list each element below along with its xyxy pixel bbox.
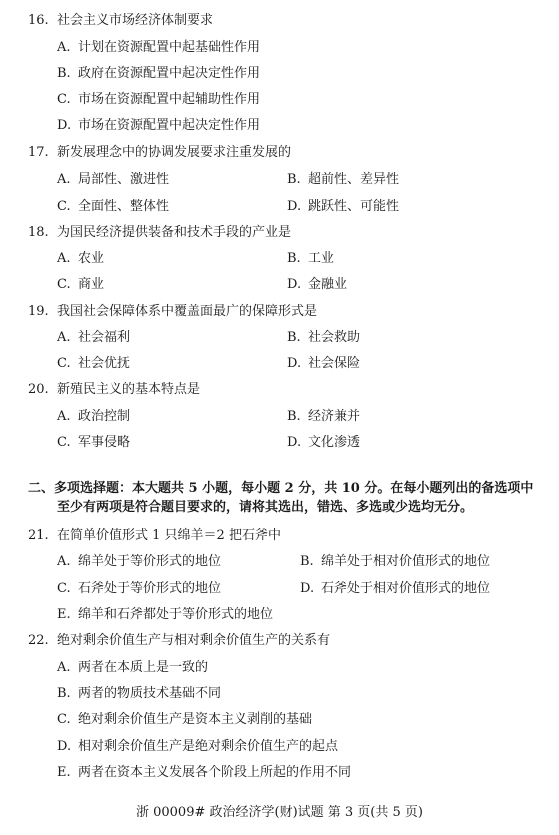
option-17-d: D.跳跃性、可能性 — [287, 199, 399, 215]
option-label: C. — [57, 92, 78, 108]
question-text: 新殖民主义的基本特点是 — [57, 382, 200, 397]
option-text: 农业 — [78, 251, 104, 266]
question-number: 16. — [28, 13, 57, 29]
section-2-heading-line-1: 二、多项选择题：本大题共 5 小题，每小题 2 分，共 10 分。在每小题列出的… — [28, 481, 533, 497]
question-text: 新发展理念中的协调发展要求注重发展的 — [57, 145, 291, 160]
question-number: 22. — [28, 633, 57, 649]
option-text: 金融业 — [308, 277, 347, 292]
option-label: E. — [57, 765, 78, 781]
option-17-b: B.超前性、差异性 — [287, 172, 399, 188]
option-20-d: D.文化渗透 — [287, 435, 360, 451]
question-20-stem: 20.新殖民主义的基本特点是 — [28, 382, 200, 398]
option-text: 石斧处于等价形式的地位 — [78, 581, 221, 596]
option-label: A. — [57, 409, 78, 425]
option-label: D. — [287, 277, 308, 293]
option-label: D. — [57, 739, 78, 755]
option-text: 绵羊处于相对价值形式的地位 — [321, 554, 490, 569]
option-label: B. — [57, 686, 78, 702]
option-20-b: B.经济兼并 — [287, 409, 360, 425]
page-footer: 浙 00009# 政治经济学(财)试题 第 3 页(共 5 页) — [0, 805, 559, 821]
option-16-b: B.政府在资源配置中起决定性作用 — [57, 66, 260, 82]
option-label: D. — [287, 356, 308, 372]
option-18-d: D.金融业 — [287, 277, 347, 293]
option-label: B. — [300, 554, 321, 570]
option-label: A. — [57, 660, 78, 676]
option-label: A. — [57, 330, 78, 346]
question-18-stem: 18.为国民经济提供装备和技术手段的产业是 — [28, 225, 291, 241]
option-text: 政府在资源配置中起决定性作用 — [78, 66, 260, 81]
option-20-c: C.军事侵略 — [57, 435, 130, 451]
option-label: C. — [57, 277, 78, 293]
option-label: A. — [57, 40, 78, 56]
option-text: 工业 — [308, 251, 334, 266]
option-label: D. — [287, 199, 308, 215]
question-text: 社会主义市场经济体制要求 — [57, 13, 213, 28]
option-21-e: E.绵羊和石斧都处于等价形式的地位 — [57, 607, 273, 623]
option-text: 计划在资源配置中起基础性作用 — [78, 40, 260, 55]
option-text: 两者在本质上是一致的 — [78, 660, 208, 675]
option-label: B. — [57, 66, 78, 82]
option-16-c: C.市场在资源配置中起辅助性作用 — [57, 92, 260, 108]
question-19-stem: 19.我国社会保障体系中覆盖面最广的保障形式是 — [28, 304, 317, 320]
question-17-stem: 17.新发展理念中的协调发展要求注重发展的 — [28, 145, 291, 161]
option-label: D. — [300, 581, 321, 597]
option-text: 全面性、整体性 — [78, 199, 169, 214]
option-text: 市场在资源配置中起决定性作用 — [78, 118, 260, 133]
option-label: B. — [287, 409, 308, 425]
option-text: 社会救助 — [308, 330, 360, 345]
question-16-stem: 16.社会主义市场经济体制要求 — [28, 13, 213, 29]
option-text: 石斧处于相对价值形式的地位 — [321, 581, 490, 596]
option-label: C. — [57, 199, 78, 215]
option-text: 两者的物质技术基础不同 — [78, 686, 221, 701]
option-text: 绝对剩余价值生产是资本主义剥削的基础 — [78, 712, 312, 727]
option-text: 商业 — [78, 277, 104, 292]
option-18-c: C.商业 — [57, 277, 104, 293]
option-label: A. — [57, 554, 78, 570]
option-text: 绵羊处于等价形式的地位 — [78, 554, 221, 569]
option-label: B. — [287, 251, 308, 267]
option-19-d: D.社会保险 — [287, 356, 360, 372]
option-22-b: B.两者的物质技术基础不同 — [57, 686, 221, 702]
option-22-c: C.绝对剩余价值生产是资本主义剥削的基础 — [57, 712, 312, 728]
question-text: 为国民经济提供装备和技术手段的产业是 — [57, 225, 291, 240]
option-text: 超前性、差异性 — [308, 172, 399, 187]
option-16-a: A.计划在资源配置中起基础性作用 — [57, 40, 260, 56]
option-22-d: D.相对剩余价值生产是绝对剩余价值生产的起点 — [57, 739, 338, 755]
option-text: 社会保险 — [308, 356, 360, 371]
option-19-a: A.社会福利 — [57, 330, 130, 346]
option-label: B. — [287, 172, 308, 188]
option-text: 政治控制 — [78, 409, 130, 424]
question-number: 18. — [28, 225, 57, 241]
option-20-a: A.政治控制 — [57, 409, 130, 425]
option-label: A. — [57, 251, 78, 267]
question-22-stem: 22.绝对剩余价值生产与相对剩余价值生产的关系有 — [28, 633, 330, 649]
option-text: 社会优抚 — [78, 356, 130, 371]
option-text: 市场在资源配置中起辅助性作用 — [78, 92, 260, 107]
option-18-b: B.工业 — [287, 251, 334, 267]
option-text: 文化渗透 — [308, 435, 360, 450]
option-21-c: C.石斧处于等价形式的地位 — [57, 581, 221, 597]
question-number: 17. — [28, 145, 57, 161]
option-label: D. — [287, 435, 308, 451]
option-label: C. — [57, 356, 78, 372]
question-21-stem: 21.在简单价值形式 1 只绵羊＝2 把石斧中 — [28, 528, 281, 544]
question-number: 21. — [28, 528, 57, 544]
option-21-d: D.石斧处于相对价值形式的地位 — [300, 581, 490, 597]
option-text: 局部性、激进性 — [78, 172, 169, 187]
section-2-heading-line-2: 至少有两项是符合题目要求的，请将其选出，错选、多选或少选均无分。 — [57, 500, 473, 516]
option-21-b: B.绵羊处于相对价值形式的地位 — [300, 554, 490, 570]
option-text: 军事侵略 — [78, 435, 130, 450]
option-text: 相对剩余价值生产是绝对剩余价值生产的起点 — [78, 739, 338, 754]
option-label: B. — [287, 330, 308, 346]
question-number: 20. — [28, 382, 57, 398]
option-21-a: A.绵羊处于等价形式的地位 — [57, 554, 221, 570]
option-text: 绵羊和石斧都处于等价形式的地位 — [78, 607, 273, 622]
option-label: E. — [57, 607, 78, 623]
option-text: 两者在资本主义发展各个阶段上所起的作用不同 — [78, 765, 351, 780]
option-17-a: A.局部性、激进性 — [57, 172, 169, 188]
option-text: 社会福利 — [78, 330, 130, 345]
option-19-b: B.社会救助 — [287, 330, 360, 346]
option-label: C. — [57, 712, 78, 728]
question-text: 我国社会保障体系中覆盖面最广的保障形式是 — [57, 304, 317, 319]
option-22-a: A.两者在本质上是一致的 — [57, 660, 208, 676]
option-16-d: D.市场在资源配置中起决定性作用 — [57, 118, 260, 134]
option-label: C. — [57, 435, 78, 451]
question-text: 绝对剩余价值生产与相对剩余价值生产的关系有 — [57, 633, 330, 648]
option-label: D. — [57, 118, 78, 134]
question-text: 在简单价值形式 1 只绵羊＝2 把石斧中 — [57, 528, 281, 543]
option-22-e: E.两者在资本主义发展各个阶段上所起的作用不同 — [57, 765, 351, 781]
option-label: A. — [57, 172, 78, 188]
option-text: 跳跃性、可能性 — [308, 199, 399, 214]
question-number: 19. — [28, 304, 57, 320]
option-18-a: A.农业 — [57, 251, 104, 267]
option-text: 经济兼并 — [308, 409, 360, 424]
option-19-c: C.社会优抚 — [57, 356, 130, 372]
option-17-c: C.全面性、整体性 — [57, 199, 169, 215]
option-label: C. — [57, 581, 78, 597]
